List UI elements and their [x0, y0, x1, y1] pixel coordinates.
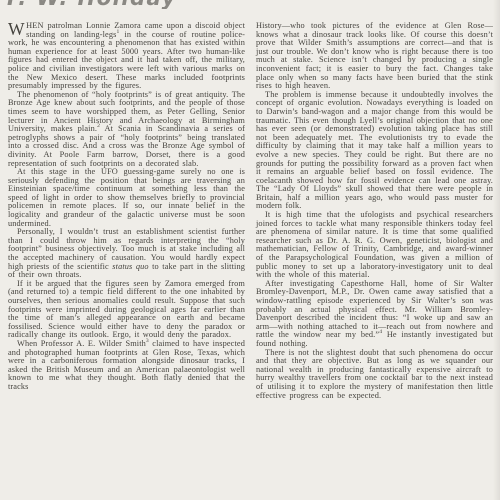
left-column: WHEN patrolman Lonnie Zamora came upon a…: [8, 22, 245, 400]
right-column: History—who took pictures of the evidenc…: [256, 22, 493, 400]
page: F. W. Holiday WHEN patrolman Lonnie Zamo…: [0, 0, 500, 500]
paragraph: If it be argued that the figures seen by…: [8, 280, 245, 340]
paragraph: After investigating Capesthorne Hall, ho…: [256, 280, 493, 349]
paragraph: At this stage in the UFO guessing-game s…: [8, 168, 245, 228]
italic-phrase: status quo: [112, 262, 148, 271]
paragraph: The problem is immense because it undoub…: [256, 91, 493, 211]
paragraph: Personally, I wouldn’t trust an establis…: [8, 228, 245, 280]
paragraph: There is not the slightest doubt that su…: [256, 349, 493, 401]
paragraph: The phenomenon of “holy footprints” is o…: [8, 91, 245, 168]
footnote-marker: 2: [97, 123, 100, 129]
footnote-marker: 3: [146, 338, 149, 344]
page-edge-shadow: [493, 0, 500, 500]
footnote-marker: 4: [379, 330, 382, 336]
author-heading: F. W. Holiday: [7, 0, 307, 9]
paragraph: It is high time that the ufologists and …: [256, 211, 493, 280]
paragraph: History—who took pictures of the evidenc…: [256, 22, 493, 91]
paragraph: When Professor A. E. Wilder Smith3 claim…: [8, 340, 245, 392]
drop-cap: W: [8, 22, 26, 37]
article-body: WHEN patrolman Lonnie Zamora came upon a…: [8, 22, 493, 400]
footnote-marker: 1: [116, 29, 119, 35]
paragraph: WHEN patrolman Lonnie Zamora came upon a…: [8, 22, 245, 91]
page-heading-clip: F. W. Holiday: [7, 0, 307, 9]
